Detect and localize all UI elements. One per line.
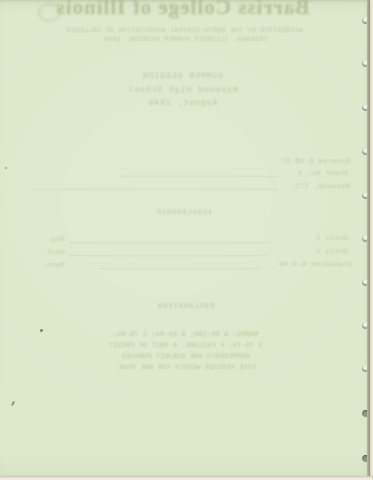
explanation-line2: D 70-74; F FAILURE. A UNIT OF CREDIT	[93, 341, 278, 352]
letterhead-subline2: CHICAGO, ILLINOIS SUMMER SESSION, 1940	[68, 35, 303, 44]
ink-speck	[5, 167, 7, 169]
detail-row-3-label: Math.	[34, 262, 64, 269]
letterhead-subtitle-bleed: ACCREDITED BY THE NORTH CENTRAL ASSOCIAT…	[68, 26, 303, 44]
detail-row-1-label: Eng.	[34, 236, 64, 243]
ink-speck	[11, 401, 15, 406]
info-row-3-value: Maywood, Ill.	[280, 183, 350, 191]
detail-row-1-value: Units 1	[285, 235, 348, 243]
scanner-backing	[0, 476, 373, 480]
letterhead-title-bleed: Barriss College of Illinois	[30, 0, 335, 20]
student-block-line2: Maywood High School	[110, 84, 255, 98]
info-row-1-value: Entered 6-28-37	[280, 158, 350, 166]
student-block-line1: SUMMER SESSION	[110, 70, 255, 84]
detail-row-3-value: Graduated 6-3-40	[272, 261, 352, 269]
explanation-line4: FIVE PERIODS WEEKLY FOR ONE YEAR.	[93, 363, 278, 374]
detail-row-2-value: Units 1	[285, 248, 348, 256]
paper-sheet: Barriss College of Illinois ACCREDITED B…	[0, 0, 370, 476]
page-cut-edge	[367, 0, 370, 476]
explanation-line1: MARKS: A 95-100; B 85-94; C 75-84;	[93, 330, 278, 341]
leader-line	[33, 189, 278, 190]
explanation-heading-bleed: EXPLANATION	[138, 303, 233, 311]
ink-smudge	[38, 3, 61, 22]
letterhead-subline1: ACCREDITED BY THE NORTH CENTRAL ASSOCIAT…	[68, 26, 303, 35]
ink-speck	[40, 329, 43, 332]
leader-line	[70, 242, 272, 243]
leader-line	[70, 255, 268, 256]
explanation-line3: REPRESENTS ONE SUBJECT PURSUED	[93, 352, 278, 363]
student-block-bleed: SUMMER SESSION Maywood High School Augus…	[110, 70, 255, 111]
info-row-2-value: Sheet No. 2	[282, 170, 348, 178]
scanned-document: Barriss College of Illinois ACCREDITED B…	[0, 0, 373, 480]
leader-line	[120, 176, 278, 177]
explanation-block-bleed: MARKS: A 95-100; B 85-94; C 75-84; D 70-…	[93, 330, 278, 374]
leader-line	[100, 268, 260, 269]
section-label-bleed: SCHOLARSHIP	[148, 209, 220, 217]
student-block-line3: August, 1940	[110, 97, 255, 111]
detail-row-2-label: Hist.	[34, 249, 64, 256]
